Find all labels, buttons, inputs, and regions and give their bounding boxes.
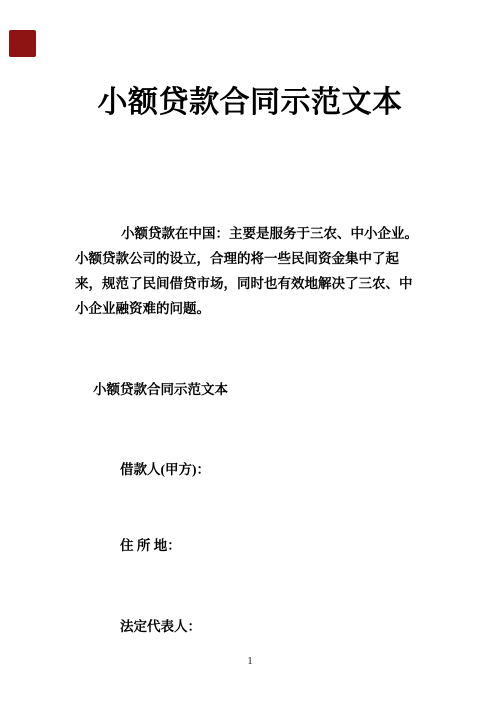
document-page: 小额贷款合同示范文本 小额贷款在中国：主要是服务于三农、中小企业。 小额贷款公司… xyxy=(0,0,500,707)
field-label-borrower: 借款人(甲方)： xyxy=(120,463,210,478)
field-label-legal-representative: 法定代表人： xyxy=(120,620,201,635)
field-label-address: 住 所 地： xyxy=(120,539,181,554)
page-number: 1 xyxy=(0,655,500,667)
document-title: 小额贷款合同示范文本 xyxy=(0,86,500,121)
contract-subtitle: 小额贷款合同示范文本 xyxy=(93,383,228,398)
intro-paragraph: 小额贷款在中国：主要是服务于三农、中小企业。 小额贷款公司的设立，合理的将一些民… xyxy=(75,221,425,321)
red-seal-stamp xyxy=(9,30,36,57)
